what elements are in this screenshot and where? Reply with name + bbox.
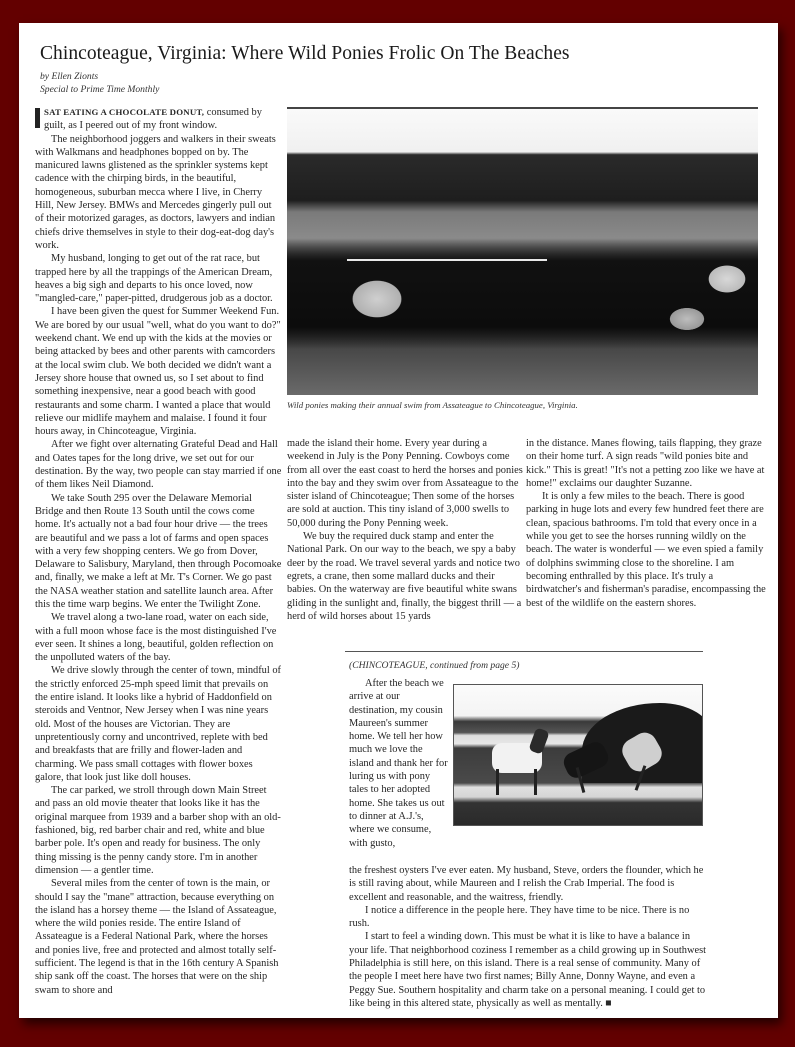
article-column-1: SAT EATING A CHOCOLATE DONUT, consumed b…	[35, 106, 282, 997]
author-byline: by Ellen Zionts	[40, 70, 159, 83]
paragraph: Several miles from the center of town is…	[35, 877, 282, 997]
continued-label: (CHINCOTEAGUE, continued from page 5)	[349, 660, 519, 671]
article-column-3: in the distance. Manes flowing, tails fl…	[526, 437, 766, 610]
paragraph: I have been given the quest for Summer W…	[35, 305, 282, 438]
paragraph: The neighborhood joggers and walkers in …	[35, 133, 282, 253]
horse-herd-image-region	[287, 239, 758, 349]
paragraph: We drive slowly through the center of to…	[35, 664, 282, 784]
paragraph: We take South 295 over the Delaware Memo…	[35, 492, 282, 612]
paragraph: made the island their home. Every year d…	[287, 437, 525, 530]
paragraph: I start to feel a winding down. This mus…	[349, 930, 709, 1010]
photo-caption: Wild ponies making their annual swim fro…	[287, 400, 578, 410]
photo-highlight	[347, 259, 547, 261]
pony-head-shape	[528, 727, 549, 754]
byline-block: by Ellen Zionts Special to Prime Time Mo…	[40, 70, 159, 96]
ponies-playing-photo	[453, 684, 703, 826]
pony-leg	[496, 769, 499, 795]
paragraph: I notice a difference in the people here…	[349, 904, 709, 931]
wild-ponies-swim-photo	[287, 107, 758, 395]
publication-credit: Special to Prime Time Monthly	[40, 83, 159, 96]
lead-paragraph: SAT EATING A CHOCOLATE DONUT, consumed b…	[35, 106, 282, 133]
paragraph: in the distance. Manes flowing, tails fl…	[526, 437, 766, 490]
pony-leg	[534, 769, 537, 795]
section-divider	[345, 651, 703, 652]
paragraph: After the beach we arrive at our destina…	[349, 677, 449, 850]
continued-wrap-column: After the beach we arrive at our destina…	[349, 677, 449, 850]
paragraph: the freshest oysters I've ever eaten. My…	[349, 864, 709, 904]
continued-body-column: the freshest oysters I've ever eaten. My…	[349, 864, 709, 1010]
paragraph: We buy the required duck stamp and enter…	[287, 530, 525, 623]
magazine-page: Chincoteague, Virginia: Where Wild Ponie…	[19, 23, 778, 1018]
paragraph: It is only a few miles to the beach. The…	[526, 490, 766, 610]
paragraph: After we fight over alternating Grateful…	[35, 438, 282, 491]
paragraph: We travel along a two-lane road, water o…	[35, 611, 282, 664]
drop-cap-mark	[35, 108, 40, 128]
lead-caps: SAT EATING A CHOCOLATE DONUT,	[44, 107, 204, 117]
paragraph: The car parked, we stroll through down M…	[35, 784, 282, 877]
article-column-2: made the island their home. Every year d…	[287, 437, 525, 623]
article-title: Chincoteague, Virginia: Where Wild Ponie…	[40, 43, 570, 65]
paragraph: My husband, longing to get out of the ra…	[35, 252, 282, 305]
